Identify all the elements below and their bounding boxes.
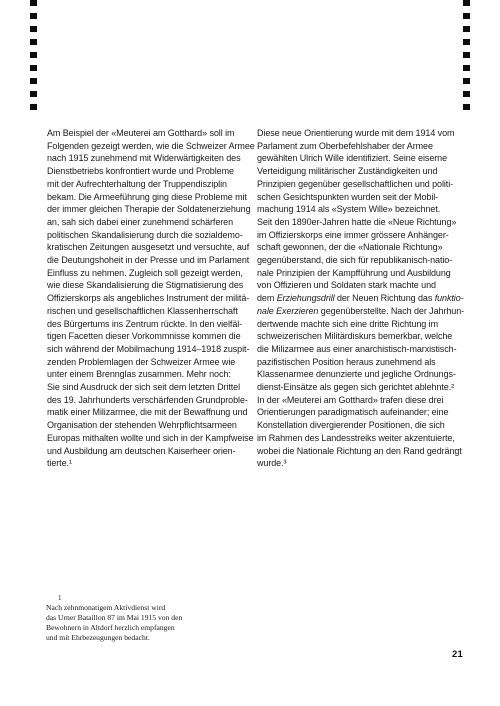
text-line: der immer gleichen Therapie der Soldaten… [47, 203, 253, 216]
text-line: von Offizieren und Soldaten stark machte… [257, 279, 463, 292]
text-line: rischen und gesellschaftlichen Klassenhe… [47, 305, 253, 318]
text-line: dertwende machte sich eine dritte Richtu… [257, 318, 463, 331]
text-line: nale Prinzipien der Kampfführung und Aus… [257, 267, 463, 280]
text-line: Organisation der stehenden Wehrpflichtsa… [47, 419, 253, 432]
text-line: politischen Skandalisierung durch die so… [47, 229, 253, 242]
text-column-left: Am Beispiel der «Meuterei am Gotthard» s… [47, 127, 253, 470]
text-line: Dienstbetriebs konfrontiert wurde und Pr… [47, 165, 253, 178]
text-line: und Ausbildung am deutschen Kaiserheer o… [47, 445, 253, 458]
text-line: Orientierungen paradigmatisch aufeinande… [257, 406, 463, 419]
text-line: Europas mithalten wollte und sich in der… [47, 432, 253, 445]
text-line: schweizerischen Militärdiskurs bemerkbar… [257, 330, 463, 343]
text-line: In der «Meuterei am Gotthard» trafen die… [257, 394, 463, 407]
text-line: wobei die Nationale Richtung an den Rand… [257, 445, 463, 458]
text-line: pazifistischen Position heraus zunehmend… [257, 356, 463, 369]
text-line: wie diese Skandalisierung die Stigmatisi… [47, 279, 253, 292]
text-line: sich während der Mobilmachung 1914–1918 … [47, 343, 253, 356]
text-line: nale Exerzieren gegenüberstellte. Nach d… [257, 305, 463, 318]
footnote-marker: 1 [58, 594, 216, 603]
text-line: mit der Aufrechterhaltung der Truppendis… [47, 178, 253, 191]
page-number: 21 [452, 649, 463, 660]
text-line: matik einer Milizarmee, die mit der Bewa… [47, 406, 253, 419]
text-line: Klassenarmee denunzierte und jegliche Or… [257, 368, 463, 381]
text-line: des Bürgertums ins Zentrum rückte. In de… [47, 318, 253, 331]
text-line: bekam. Die Armeeführung ging diese Probl… [47, 191, 253, 204]
book-page: Am Beispiel der «Meuterei am Gotthard» s… [0, 0, 500, 706]
text-line: die Deutungshoheit in der Presse und im … [47, 254, 253, 267]
text-line: Diese neue Orientierung wurde mit dem 19… [257, 127, 463, 140]
text-line: und mit Ehrbezeugungen bedacht. [46, 633, 216, 643]
text-line: gegenüberstand, die sich für republikani… [257, 254, 463, 267]
text-line: Einfluss zu nehmen. Zugleich soll gezeig… [47, 267, 253, 280]
text-line: Offizierskorps als angebliches Instrumen… [47, 292, 253, 305]
footnote: 1 Nach zehnmonatigem Aktivdienst wirddas… [46, 594, 216, 643]
text-line: Konstellation divergierender Positionen,… [257, 419, 463, 432]
text-line: zenden Problemlagen der Schweizer Armee … [47, 356, 253, 369]
text-line: an, sah sich dabei einer zunehmend schär… [47, 216, 253, 229]
text-line: Verteidigung militärischer Zuständigkeit… [257, 165, 463, 178]
text-line: schen Gesichtspunkten wurden seit der Mo… [257, 191, 463, 204]
text-line: Bewohnern in Altdorf herzlich empfangen [46, 623, 216, 633]
text-line: im Offizierskorps eine immer grössere An… [257, 229, 463, 242]
text-line: des 19. Jahrhunderts verschärfenden Grun… [47, 394, 253, 407]
text-line: Prinzipien gegenüber gesellschaftlichen … [257, 178, 463, 191]
page-edge-marks-right [463, 0, 470, 113]
text-line: kratischen Zeitungen ausgesetzt und vers… [47, 241, 253, 254]
text-line: tigen Facetten dieser Vorkommnisse komme… [47, 330, 253, 343]
text-line: wurde.³ [257, 457, 463, 470]
text-line: gewählten Ulrich Wille identifiziert. Se… [257, 152, 463, 165]
page-edge-marks-left [30, 0, 37, 113]
text-line: nach 1915 zunehmend mit Widerwärtigkeite… [47, 152, 253, 165]
text-line: dem Erziehungsdrill der Neuen Richtung d… [257, 292, 463, 305]
text-line: Am Beispiel der «Meuterei am Gotthard» s… [47, 127, 253, 140]
text-line: unter einem Brennglas zusammen. Mehr noc… [47, 368, 253, 381]
text-line: Sie sind Ausdruck der sich seit dem letz… [47, 381, 253, 394]
text-line: tierte.¹ [47, 457, 253, 470]
text-line: die Milizarmee aus einer anarchistisch-m… [257, 343, 463, 356]
text-line: Folgenden gezeigt werden, wie die Schwei… [47, 140, 253, 153]
text-line: Nach zehnmonatigem Aktivdienst wird [46, 603, 216, 613]
text-column-right: Diese neue Orientierung wurde mit dem 19… [257, 127, 463, 470]
text-line: schaft gewonnen, der die «Nationale Rich… [257, 241, 463, 254]
text-line: Parlament zum Oberbefehlshaber der Armee [257, 140, 463, 153]
text-line: Seit den 1890er-Jahren hatte die «Neue R… [257, 216, 463, 229]
text-line: dienst-Einsätze als gegen sich gerichtet… [257, 381, 463, 394]
text-line: machung 1914 als «System Wille» bezeichn… [257, 203, 463, 216]
text-line: im Rahmen des Landesstreiks weiter akzen… [257, 432, 463, 445]
text-line: das Urner Bataillon 87 im Mai 1915 von d… [46, 613, 216, 623]
footnote-text: Nach zehnmonatigem Aktivdienst wirddas U… [46, 603, 216, 643]
